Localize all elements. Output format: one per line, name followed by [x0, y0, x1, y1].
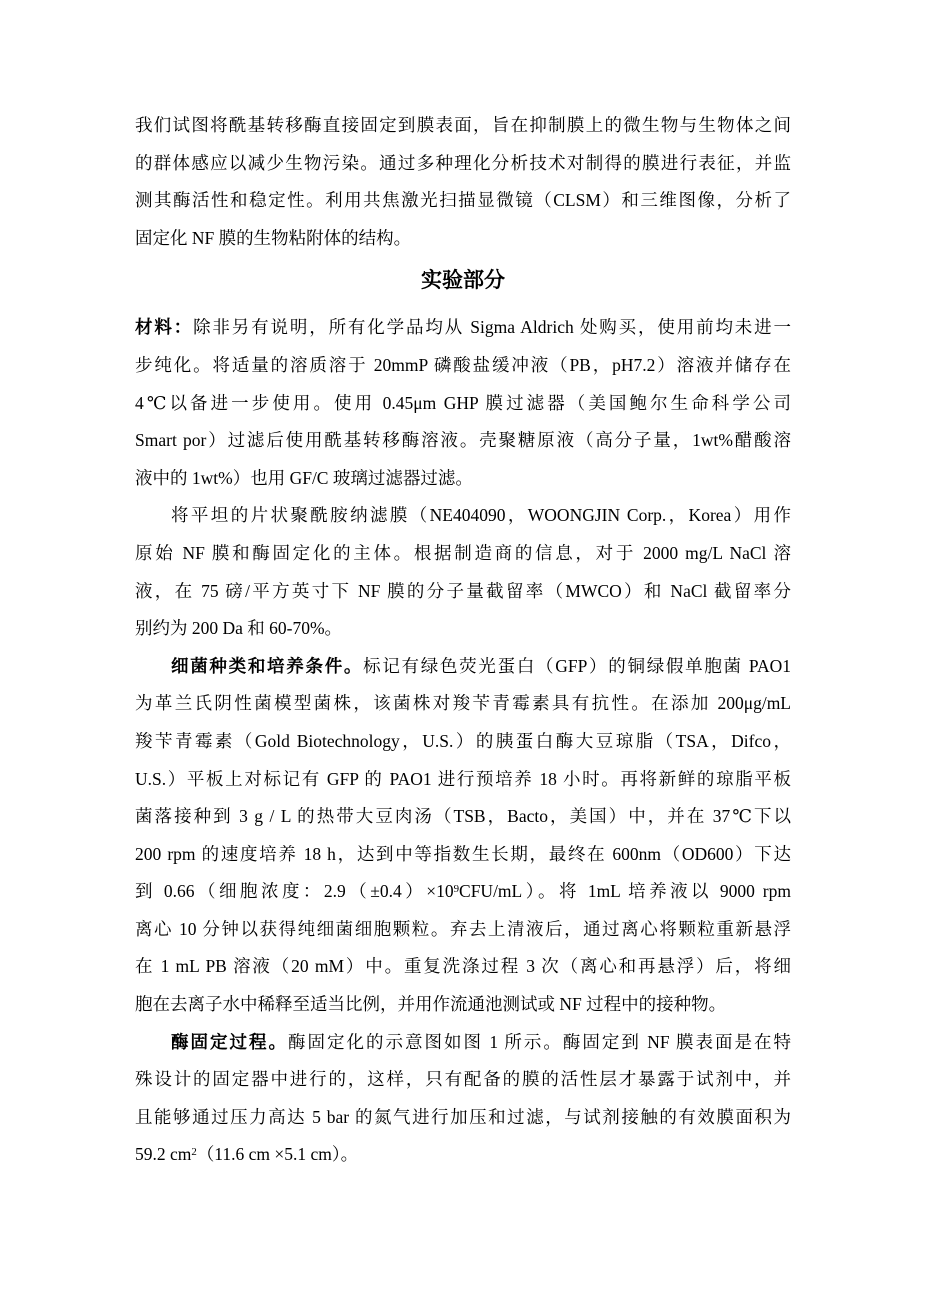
text-run: 酶固定化的示意图如图 1 所示。酶固定到 NF 膜表面是在特 [288, 1032, 791, 1052]
superscript: 2 [191, 1146, 196, 1158]
text-line: 59.2 cm2（11.6 cm ×5.1 cm）。 [135, 1136, 791, 1174]
text-line: 别约为 200 Da 和 60-70%。 [135, 610, 791, 648]
text-line: 测其酶活性和稳定性。利用共焦激光扫描显微镜（CLSM）和三维图像，分析了 [135, 182, 791, 220]
text-run: CFU/mL）。将 1mL 培养液以 9000 rpm [459, 881, 791, 901]
superscript: 9 [454, 883, 459, 895]
text-line: 在 1 mL PB 溶液（20 mM）中。重复洗涤过程 3 次（离心和再悬浮）后… [135, 948, 791, 986]
text-line: 为革兰氏阴性菌模型菌株，该菌株对羧苄青霉素具有抗性。在添加 200μg/mL [135, 685, 791, 723]
text-line: 液，在 75 磅/平方英寸下 NF 膜的分子量截留率（MWCO）和 NaCl 截… [135, 573, 791, 611]
text-run: 标记有绿色荧光蛋白（GFP）的铜绿假单胞菌 PAO1 [363, 656, 791, 676]
text-line: Smart por）过滤后使用酰基转移酶溶液。壳聚糖原液（高分子量，1wt%醋酸… [135, 422, 791, 460]
text-line: 材料：除非另有说明，所有化学品均从 Sigma Aldrich 处购买，使用前均… [135, 309, 791, 347]
section-heading: 实验部分 [135, 259, 791, 301]
paragraph-label-bacteria: 细菌种类和培养条件。 [171, 656, 363, 676]
text-line: 酶固定过程。酶固定化的示意图如图 1 所示。酶固定到 NF 膜表面是在特 [135, 1024, 791, 1062]
text-line: 液中的 1wt%）也用 GF/C 玻璃过滤器过滤。 [135, 460, 791, 498]
text-line: 原始 NF 膜和酶固定化的主体。根据制造商的信息，对于 2000 mg/L Na… [135, 535, 791, 573]
page-content: 我们试图将酰基转移酶直接固定到膜表面，旨在抑制膜上的微生物与生物体之间 的群体感… [135, 107, 791, 1174]
text-line: 离心 10 分钟以获得纯细菌细胞颗粒。弃去上清液后，通过离心将颗粒重新悬浮 [135, 911, 791, 949]
text-line: 4℃以备进一步使用。使用 0.45μm GHP 膜过滤器（美国鲍尔生命科学公司 [135, 385, 791, 423]
text-run: 59.2 cm [135, 1144, 191, 1164]
text-line: 的群体感应以减少生物污染。通过多种理化分析技术对制得的膜进行表征，并监 [135, 145, 791, 183]
text-line: 且能够通过压力高达 5 bar 的氮气进行加压和过滤，与试剂接触的有效膜面积为 [135, 1099, 791, 1137]
text-line: 胞在去离子水中稀释至适当比例，并用作流通池测试或 NF 过程中的接种物。 [135, 986, 791, 1024]
text-line: 到 0.66（细胞浓度：2.9（±0.4）×109CFU/mL）。将 1mL 培… [135, 873, 791, 911]
document-page: 我们试图将酰基转移酶直接固定到膜表面，旨在抑制膜上的微生物与生物体之间 的群体感… [0, 0, 926, 1309]
text-line: 我们试图将酰基转移酶直接固定到膜表面，旨在抑制膜上的微生物与生物体之间 [135, 107, 791, 145]
text-run: 到 0.66（细胞浓度：2.9（±0.4）×10 [135, 881, 454, 901]
text-line: 菌落接种到 3 g / L 的热带大豆肉汤（TSB，Bacto，美国）中，并在 … [135, 798, 791, 836]
text-line: 将平坦的片状聚酰胺纳滤膜（NE404090，WOONGJIN Corp.，Kor… [135, 497, 791, 535]
text-run: 除非另有说明，所有化学品均从 Sigma Aldrich 处购买，使用前均未进一 [193, 317, 791, 337]
text-line: 固定化 NF 膜的生物粘附体的结构。 [135, 220, 791, 258]
text-run: （11.6 cm ×5.1 cm）。 [197, 1144, 358, 1164]
paragraph-label-enzyme: 酶固定过程。 [171, 1032, 288, 1052]
text-line: 殊设计的固定器中进行的，这样，只有配备的膜的活性层才暴露于试剂中，并 [135, 1061, 791, 1099]
text-line: 步纯化。将适量的溶质溶于 20mmP 磷酸盐缓冲液（PB，pH7.2）溶液并储存… [135, 347, 791, 385]
text-line: 羧苄青霉素（Gold Biotechnology，U.S.）的胰蛋白酶大豆琼脂（… [135, 723, 791, 761]
paragraph-label-materials: 材料： [135, 317, 193, 337]
text-line: U.S.）平板上对标记有 GFP 的 PAO1 进行预培养 18 小时。再将新鲜… [135, 761, 791, 799]
text-line: 细菌种类和培养条件。标记有绿色荧光蛋白（GFP）的铜绿假单胞菌 PAO1 [135, 648, 791, 686]
text-line: 200 rpm 的速度培养 18 h，达到中等指数生长期，最终在 600nm（O… [135, 836, 791, 874]
